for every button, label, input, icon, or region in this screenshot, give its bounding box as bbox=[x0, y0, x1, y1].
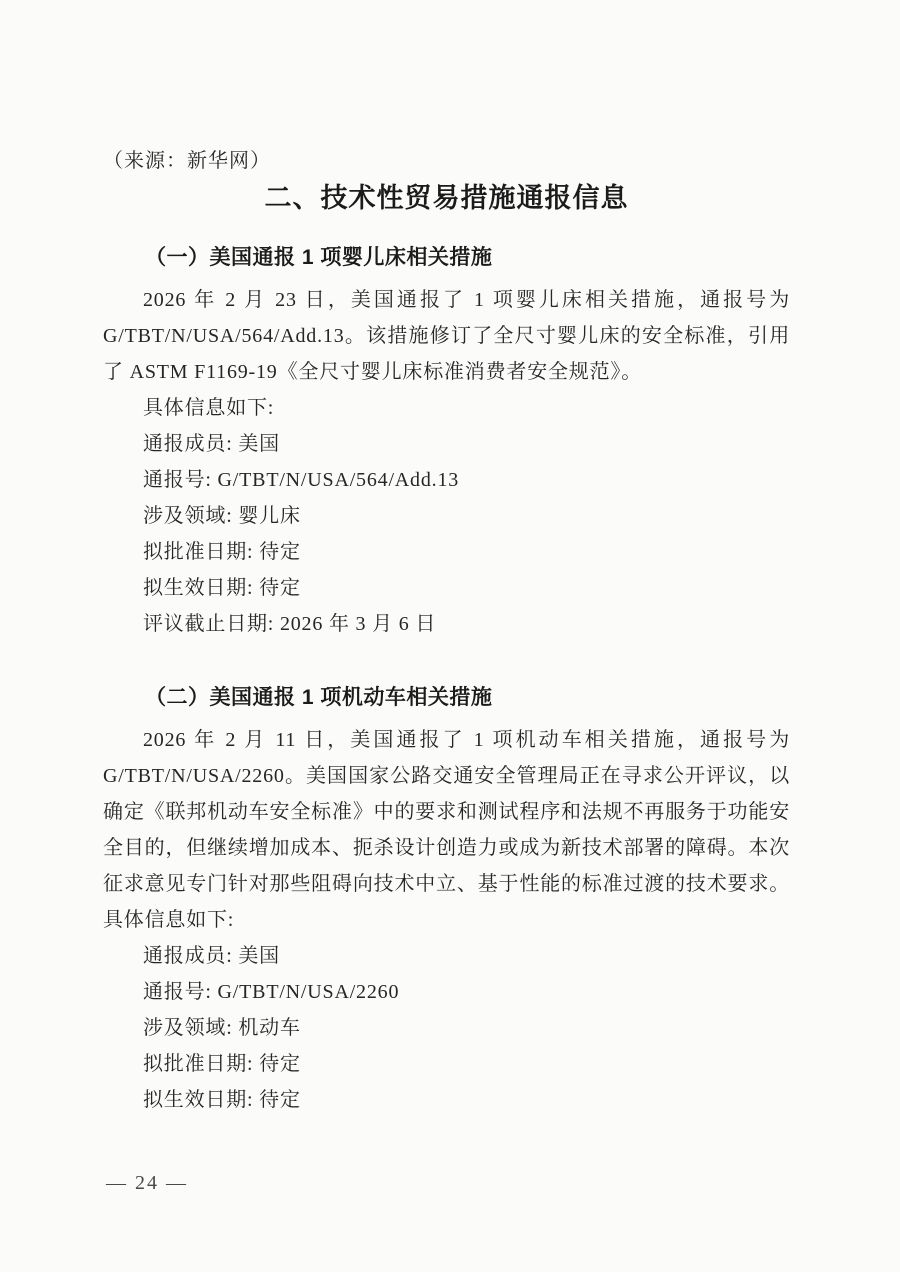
detail-notifying-member: 通报成员: 美国 bbox=[103, 426, 790, 462]
detail-proposed-adoption-date: 拟批准日期: 待定 bbox=[103, 1046, 790, 1082]
main-heading: 二、技术性贸易措施通报信息 bbox=[103, 180, 790, 216]
source-attribution: （来源：新华网） bbox=[103, 146, 790, 176]
detail-proposed-effective-date: 拟生效日期: 待定 bbox=[103, 570, 790, 606]
page-number: — 24 — bbox=[106, 1172, 188, 1195]
section-1-details-intro: 具体信息如下: bbox=[103, 390, 790, 426]
section-infant-cribs: （一）美国通报 1 项婴儿床相关措施 2026 年 2 月 23 日，美国通报了… bbox=[103, 244, 790, 642]
detail-notification-number: 通报号: G/TBT/N/USA/2260 bbox=[103, 974, 790, 1010]
section-2-paragraph: 2026 年 2 月 11 日，美国通报了 1 项机动车相关措施，通报号为 G/… bbox=[103, 722, 790, 938]
detail-field-covered: 涉及领域: 婴儿床 bbox=[103, 498, 790, 534]
detail-comment-deadline: 评议截止日期: 2026 年 3 月 6 日 bbox=[103, 606, 790, 642]
detail-proposed-effective-date: 拟生效日期: 待定 bbox=[103, 1082, 790, 1118]
section-1-heading: （一）美国通报 1 项婴儿床相关措施 bbox=[103, 244, 790, 272]
detail-notification-number: 通报号: G/TBT/N/USA/564/Add.13 bbox=[103, 462, 790, 498]
detail-notifying-member: 通报成员: 美国 bbox=[103, 938, 790, 974]
section-motor-vehicles: （二）美国通报 1 项机动车相关措施 2026 年 2 月 11 日，美国通报了… bbox=[103, 684, 790, 1118]
detail-proposed-adoption-date: 拟批准日期: 待定 bbox=[103, 534, 790, 570]
section-1-paragraph: 2026 年 2 月 23 日，美国通报了 1 项婴儿床相关措施，通报号为 G/… bbox=[103, 282, 790, 390]
document-page: （来源：新华网） 二、技术性贸易措施通报信息 （一）美国通报 1 项婴儿床相关措… bbox=[0, 0, 900, 1272]
section-2-heading: （二）美国通报 1 项机动车相关措施 bbox=[103, 684, 790, 712]
detail-field-covered: 涉及领域: 机动车 bbox=[103, 1010, 790, 1046]
